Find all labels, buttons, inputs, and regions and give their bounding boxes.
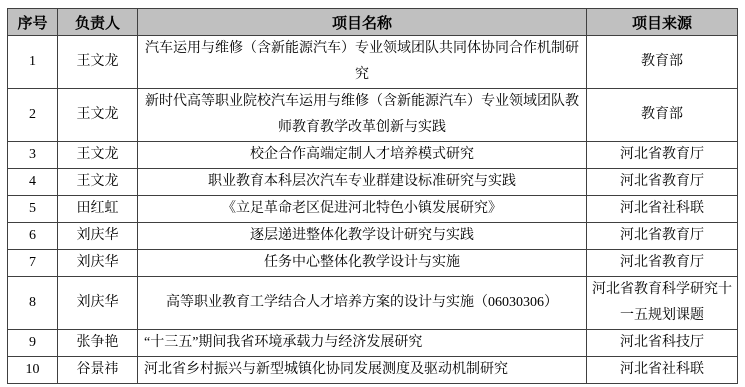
cell-name: “十三五”期间我省环境承载力与经济发展研究 xyxy=(138,330,587,357)
table-row: 2 王文龙 新时代高等职业院校汽车运用与维修（含新能源汽车）专业领域团队教师教育… xyxy=(8,89,738,142)
cell-no: 8 xyxy=(8,277,58,330)
projects-table: 序号 负责人 项目名称 项目来源 1 王文龙 汽车运用与维修（含新能源汽车）专业… xyxy=(7,8,738,384)
header-cell-source: 项目来源 xyxy=(587,9,738,36)
cell-no: 6 xyxy=(8,223,58,250)
cell-name: 汽车运用与维修（含新能源汽车）专业领域团队共同体协同合作机制研究 xyxy=(138,36,587,89)
cell-name: 河北省乡村振兴与新型城镇化协同发展测度及驱动机制研究 xyxy=(138,357,587,384)
cell-source: 河北省教育厅 xyxy=(587,169,738,196)
cell-no: 10 xyxy=(8,357,58,384)
cell-source: 河北省教育厅 xyxy=(587,250,738,277)
cell-no: 4 xyxy=(8,169,58,196)
cell-no: 5 xyxy=(8,196,58,223)
table-row: 8 刘庆华 高等职业教育工学结合人才培养方案的设计与实施（06030306） 河… xyxy=(8,277,738,330)
document-page: 序号 负责人 项目名称 项目来源 1 王文龙 汽车运用与维修（含新能源汽车）专业… xyxy=(0,0,745,387)
cell-name: 职业教育本科层次汽车专业群建设标准研究与实践 xyxy=(138,169,587,196)
cell-name: 校企合作高端定制人才培养模式研究 xyxy=(138,142,587,169)
cell-leader: 张争艳 xyxy=(58,330,138,357)
cell-source: 河北省科技厅 xyxy=(587,330,738,357)
cell-name: 逐层递进整体化教学设计研究与实践 xyxy=(138,223,587,250)
cell-leader: 王文龙 xyxy=(58,142,138,169)
cell-leader: 刘庆华 xyxy=(58,250,138,277)
table-row: 5 田红虹 《立足革命老区促进河北特色小镇发展研究》 河北省社科联 xyxy=(8,196,738,223)
table-row: 1 王文龙 汽车运用与维修（含新能源汽车）专业领域团队共同体协同合作机制研究 教… xyxy=(8,36,738,89)
header-cell-leader: 负责人 xyxy=(58,9,138,36)
table-row: 9 张争艳 “十三五”期间我省环境承载力与经济发展研究 河北省科技厅 xyxy=(8,330,738,357)
cell-name: 任务中心整体化教学设计与实施 xyxy=(138,250,587,277)
table-row: 4 王文龙 职业教育本科层次汽车专业群建设标准研究与实践 河北省教育厅 xyxy=(8,169,738,196)
cell-leader: 谷景祎 xyxy=(58,357,138,384)
header-cell-name: 项目名称 xyxy=(138,9,587,36)
cell-no: 7 xyxy=(8,250,58,277)
cell-source: 教育部 xyxy=(587,89,738,142)
cell-source: 河北省社科联 xyxy=(587,357,738,384)
cell-source: 河北省社科联 xyxy=(587,196,738,223)
cell-name: 高等职业教育工学结合人才培养方案的设计与实施（06030306） xyxy=(138,277,587,330)
cell-no: 2 xyxy=(8,89,58,142)
table-row: 6 刘庆华 逐层递进整体化教学设计研究与实践 河北省教育厅 xyxy=(8,223,738,250)
cell-source: 河北省教育厅 xyxy=(587,142,738,169)
cell-no: 1 xyxy=(8,36,58,89)
cell-leader: 刘庆华 xyxy=(58,223,138,250)
cell-source: 教育部 xyxy=(587,36,738,89)
cell-leader: 王文龙 xyxy=(58,89,138,142)
cell-name: 新时代高等职业院校汽车运用与维修（含新能源汽车）专业领域团队教师教育教学改革创新… xyxy=(138,89,587,142)
table-row: 10 谷景祎 河北省乡村振兴与新型城镇化协同发展测度及驱动机制研究 河北省社科联 xyxy=(8,357,738,384)
cell-source: 河北省教育科学研究十一五规划课题 xyxy=(587,277,738,330)
cell-source: 河北省教育厅 xyxy=(587,223,738,250)
cell-no: 3 xyxy=(8,142,58,169)
header-cell-no: 序号 xyxy=(8,9,58,36)
cell-leader: 王文龙 xyxy=(58,36,138,89)
cell-leader: 王文龙 xyxy=(58,169,138,196)
table-row: 3 王文龙 校企合作高端定制人才培养模式研究 河北省教育厅 xyxy=(8,142,738,169)
cell-leader: 田红虹 xyxy=(58,196,138,223)
table-header-row: 序号 负责人 项目名称 项目来源 xyxy=(8,9,738,36)
cell-name: 《立足革命老区促进河北特色小镇发展研究》 xyxy=(138,196,587,223)
cell-leader: 刘庆华 xyxy=(58,277,138,330)
cell-no: 9 xyxy=(8,330,58,357)
table-row: 7 刘庆华 任务中心整体化教学设计与实施 河北省教育厅 xyxy=(8,250,738,277)
